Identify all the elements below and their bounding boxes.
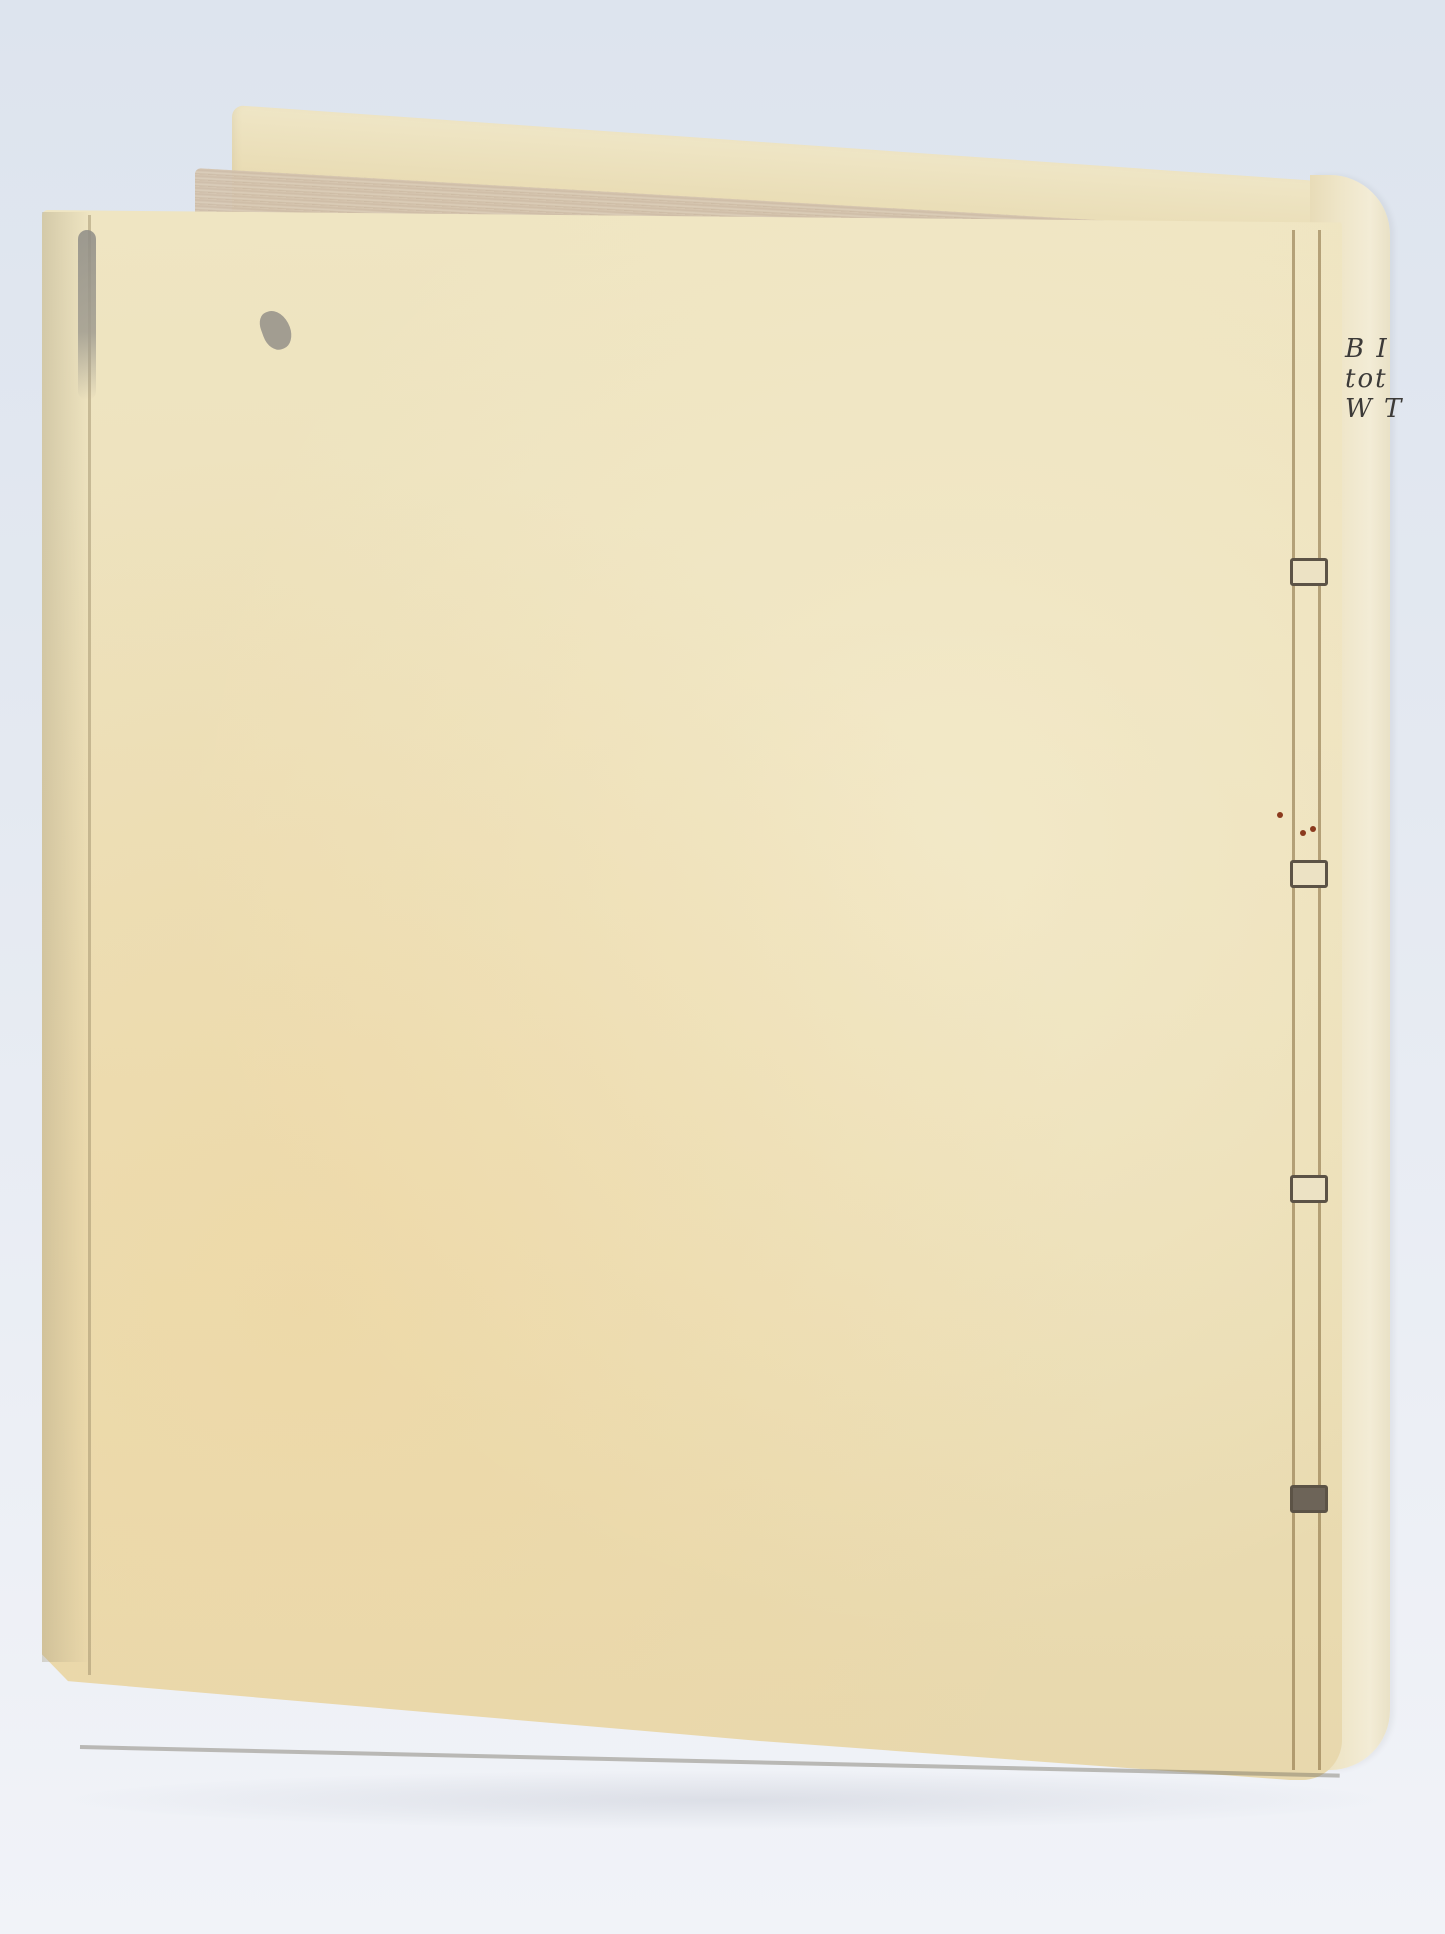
cover-fold-shade [42, 212, 90, 1662]
photo-scene: B I tot W T [0, 0, 1445, 1934]
spine-line: W T [1345, 395, 1405, 425]
spine-line: tot [1345, 365, 1405, 395]
back-cover [42, 210, 1342, 1780]
rust-spot [1300, 830, 1306, 836]
rust-spot [1310, 826, 1316, 832]
binding-tie [1290, 1485, 1328, 1513]
cover-fold-line [88, 215, 91, 1675]
binding-tie [1290, 860, 1328, 888]
spine-line: B I [1345, 335, 1405, 365]
joint-line [1292, 230, 1295, 1770]
spine-handwriting: B I tot W T [1345, 335, 1405, 425]
binding-tie [1290, 558, 1328, 586]
grey-stain [78, 230, 96, 400]
joint-line [1318, 230, 1321, 1770]
binding-tie [1290, 1175, 1328, 1203]
book-shadow [60, 1770, 1390, 1830]
rust-spot [1277, 812, 1283, 818]
